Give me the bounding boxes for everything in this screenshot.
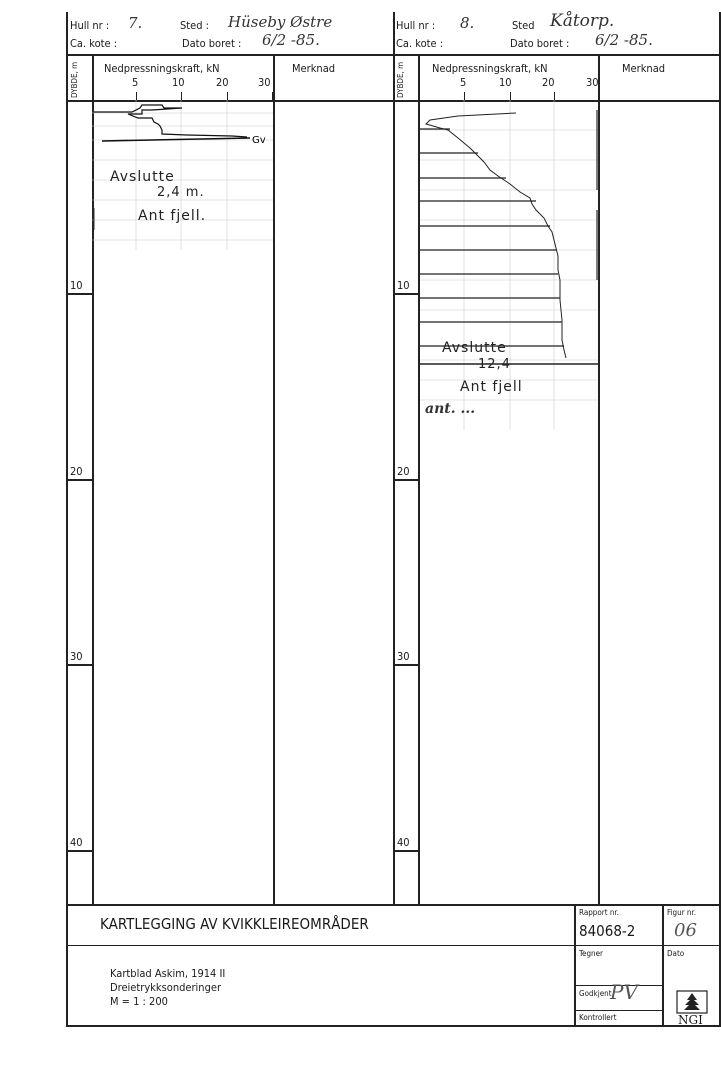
depth-mark-30: 30 [397, 650, 410, 663]
merknad-header: Merknad [622, 63, 665, 74]
annotation-line-1: Avslutte [442, 341, 507, 355]
sted-label: Sted : [180, 20, 209, 31]
godkjent-signature: PV [610, 982, 638, 1002]
hull-label: Hull nr : [70, 20, 109, 31]
dato-value: 6/2 -85. [595, 33, 653, 48]
merknad-header: Merknad [292, 63, 335, 74]
godkjent-label: Godkjent [579, 990, 612, 998]
frame-right [719, 12, 721, 1026]
method: Dreietrykksonderinger [110, 982, 221, 993]
project-title: KARTLEGGING AV KVIKKLEIREOMRÅDER [100, 917, 369, 932]
sted-value: Kåtorp. [550, 13, 614, 30]
dato-value: 6/2 -85. [262, 33, 320, 48]
annotation-line-1: Avslutte [110, 170, 175, 184]
kontrollert-label: Kontrollert [579, 1014, 617, 1022]
dato-label: Dato [667, 950, 684, 958]
rapport-value: 84068-2 [579, 924, 635, 939]
rapport-label: Rapport nr. [579, 909, 619, 917]
frame-bottom [66, 1025, 721, 1027]
scale: M = 1 : 200 [110, 996, 168, 1007]
map-sheet: Kartblad Askim, 1914 II [110, 968, 225, 979]
depth-header: DYBDE, m [70, 62, 79, 98]
dato-label: Dato boret : [510, 38, 569, 49]
force-header: Nedpressningskraft, kN [104, 63, 219, 74]
scale-ticks: 5 10 20 30 [92, 77, 273, 100]
sted-label: Sted [512, 20, 535, 31]
hull-label: Hull nr : [396, 20, 435, 31]
depth-mark-30: 30 [70, 650, 83, 663]
figur-value: 06 [674, 922, 697, 940]
depth-mark-20: 20 [397, 465, 410, 478]
panel-divider [393, 12, 395, 904]
kote-label: Ca. kote : [70, 38, 117, 49]
hull-value: 7. [128, 16, 142, 31]
header-divider [66, 54, 720, 56]
depth-mark-20: 20 [70, 465, 83, 478]
depth-mark-40: 40 [397, 836, 410, 849]
annotation-line-4: ant. ... [425, 402, 475, 416]
tegner-label: Tegner [579, 950, 603, 958]
hull-value: 8. [460, 16, 474, 31]
annotation-line-2: 2,4 m. [157, 186, 205, 199]
annotation-line-3: Ant fjell [460, 380, 523, 394]
annotation-line-3: Ant fjell. [138, 209, 206, 223]
annotation-line-2: 12,4 [478, 358, 511, 371]
depth-mark-10: 10 [70, 279, 83, 292]
scale-ticks: 5 10 20 30 [418, 77, 598, 100]
ngi-text: NGI [678, 1014, 703, 1026]
depth-header: DYBDE, m [396, 62, 405, 98]
kote-label: Ca. kote : [396, 38, 443, 49]
ngi-logo: NGI [676, 990, 708, 1024]
figur-label: Figur nr. [667, 909, 696, 917]
frame-left [66, 12, 68, 1026]
force-header: Nedpressningskraft, kN [432, 63, 547, 74]
sted-value: Hüseby Østre [228, 15, 332, 30]
depth-mark-10: 10 [397, 279, 410, 292]
depth-mark-40: 40 [70, 836, 83, 849]
tree-icon [676, 990, 708, 1014]
dato-label: Dato boret : [182, 38, 241, 49]
svg-text:Gv: Gv [252, 135, 266, 146]
